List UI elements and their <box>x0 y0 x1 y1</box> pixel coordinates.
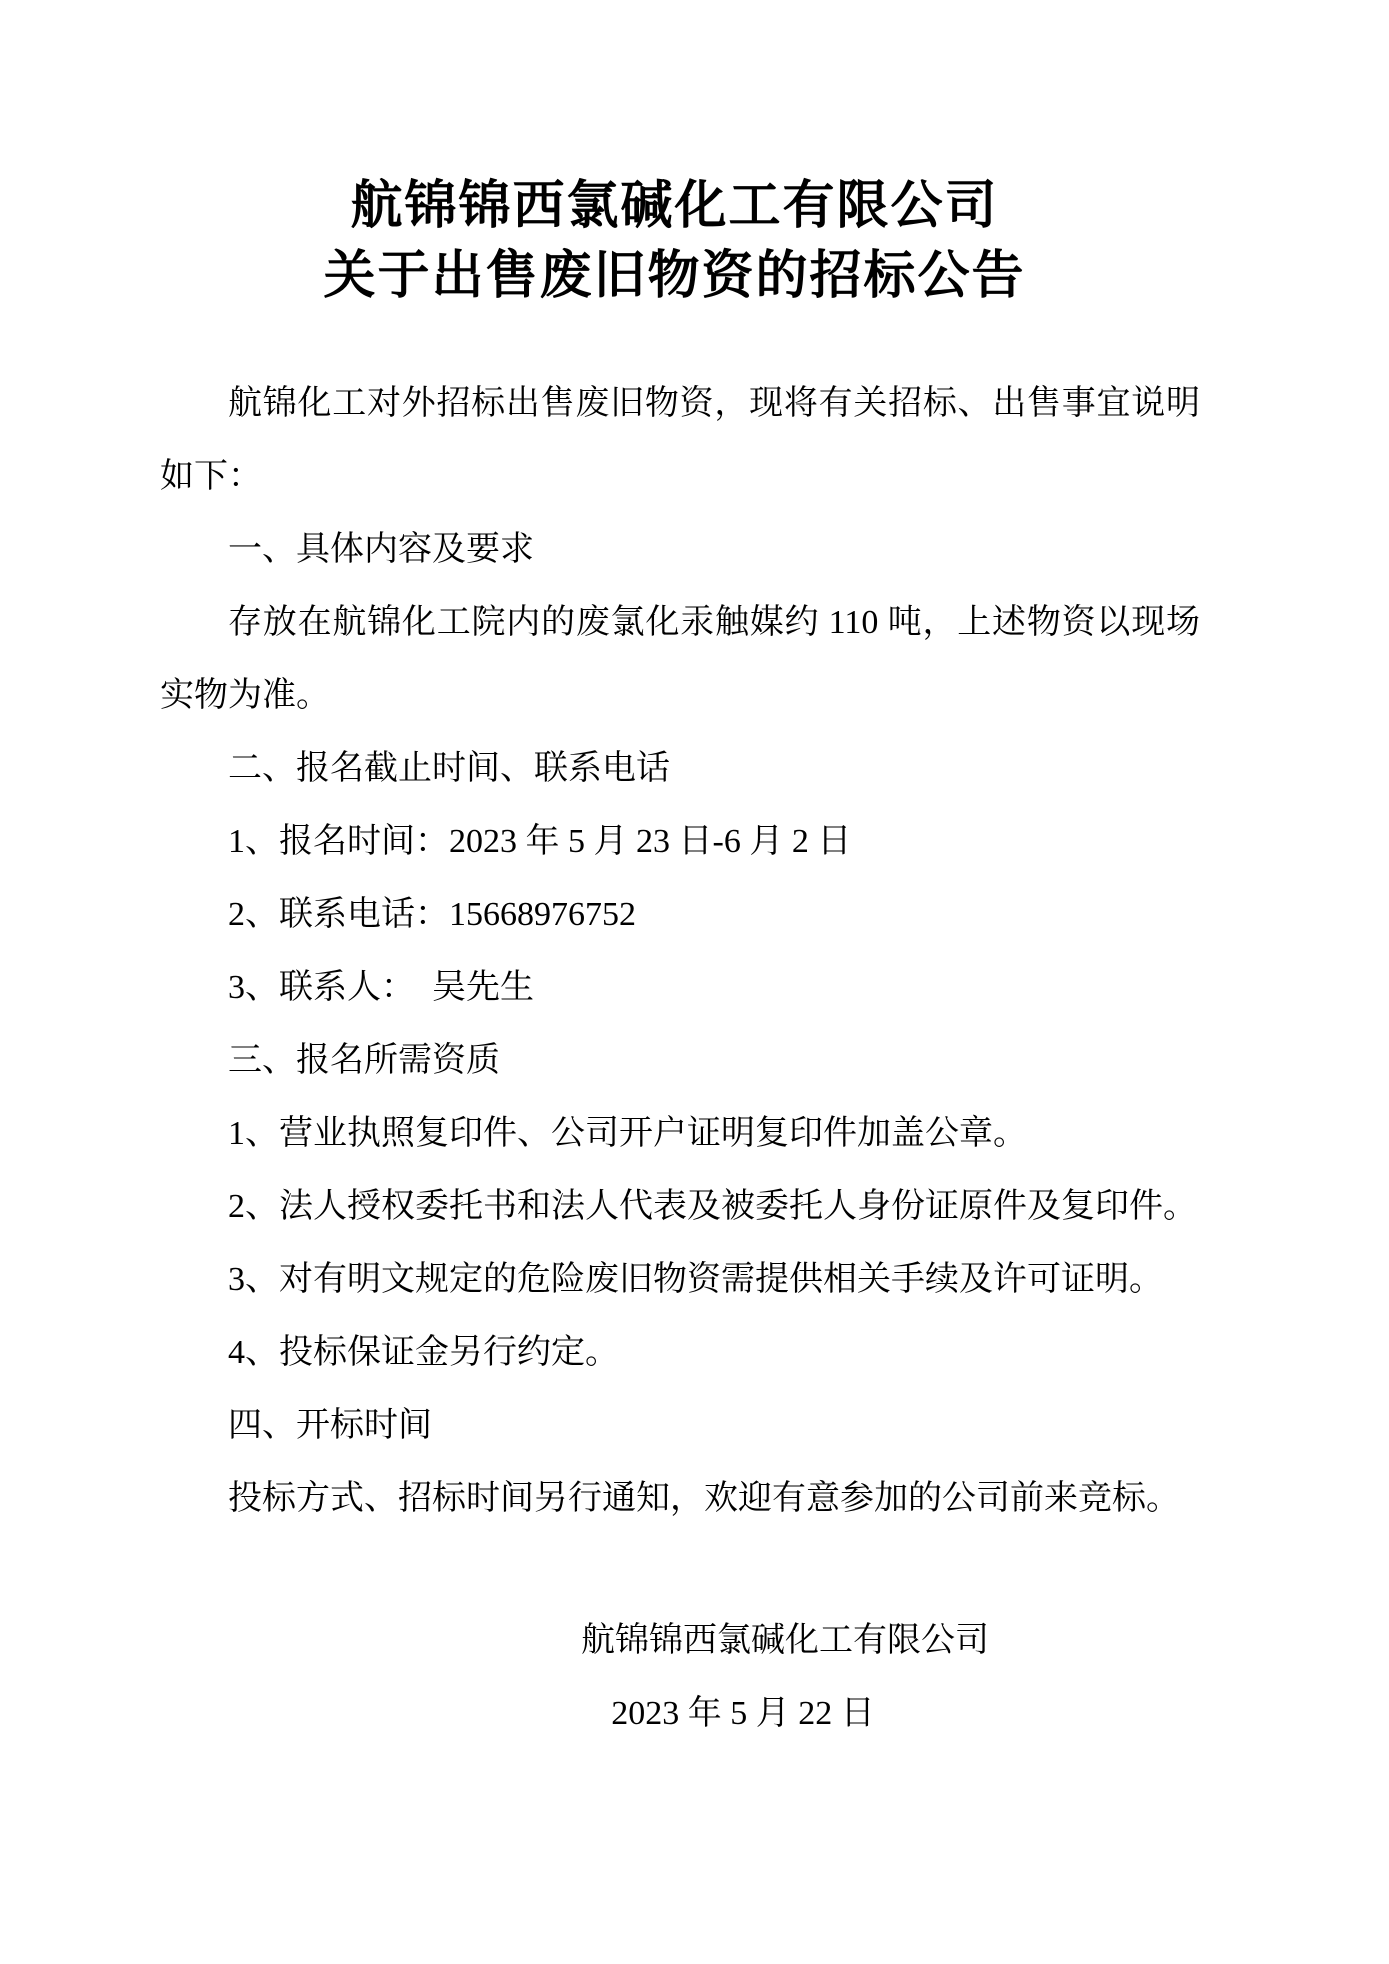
item-contact-phone: 2、联系电话：15668976752 <box>160 878 1200 951</box>
item-qualification-4: 4、投标保证金另行约定。 <box>160 1316 1200 1389</box>
document-page: 航锦锦西氯碱化工有限公司 关于出售废旧物资的招标公告 航锦化工对外招标出售废旧物… <box>0 0 1389 1964</box>
item-qualification-3: 3、对有明文规定的危险废旧物资需提供相关手续及许可证明。 <box>160 1243 1200 1316</box>
section-3-heading: 三、报名所需资质 <box>160 1024 1200 1097</box>
document-title-line1: 航锦锦西氯碱化工有限公司 <box>0 172 1369 242</box>
signature-company: 航锦锦西氯碱化工有限公司 <box>265 1604 1305 1677</box>
document-title: 航锦锦西氯碱化工有限公司 关于出售废旧物资的招标公告 <box>0 0 1369 312</box>
section-2-heading: 二、报名截止时间、联系电话 <box>160 732 1200 805</box>
document-title-line2: 关于出售废旧物资的招标公告 <box>0 242 1369 312</box>
section-1-content: 存放在航锦化工院内的废氯化汞触媒约 110 吨，上述物资以现场实物为准。 <box>160 586 1200 732</box>
document-body: 航锦化工对外招标出售废旧物资，现将有关招标、出售事宜说明如下： 一、具体内容及要… <box>0 367 1389 1535</box>
closing-paragraph: 投标方式、招标时间另行通知，欢迎有意参加的公司前来竞标。 <box>160 1462 1200 1535</box>
signature-date: 2023 年 5 月 22 日 <box>223 1677 1263 1750</box>
item-qualification-2: 2、法人授权委托书和法人代表及被委托人身份证原件及复印件。 <box>160 1170 1200 1243</box>
item-qualification-1: 1、营业执照复印件、公司开户证明复印件加盖公章。 <box>160 1097 1200 1170</box>
section-1-heading: 一、具体内容及要求 <box>160 513 1200 586</box>
signature-block: 航锦锦西氯碱化工有限公司 2023 年 5 月 22 日 <box>0 1604 1389 1750</box>
section-4-heading: 四、开标时间 <box>160 1389 1200 1462</box>
intro-paragraph: 航锦化工对外招标出售废旧物资，现将有关招标、出售事宜说明如下： <box>160 367 1200 513</box>
item-signup-time: 1、报名时间：2023 年 5 月 23 日-6 月 2 日 <box>160 805 1200 878</box>
item-contact-person: 3、联系人： 吴先生 <box>160 951 1200 1024</box>
